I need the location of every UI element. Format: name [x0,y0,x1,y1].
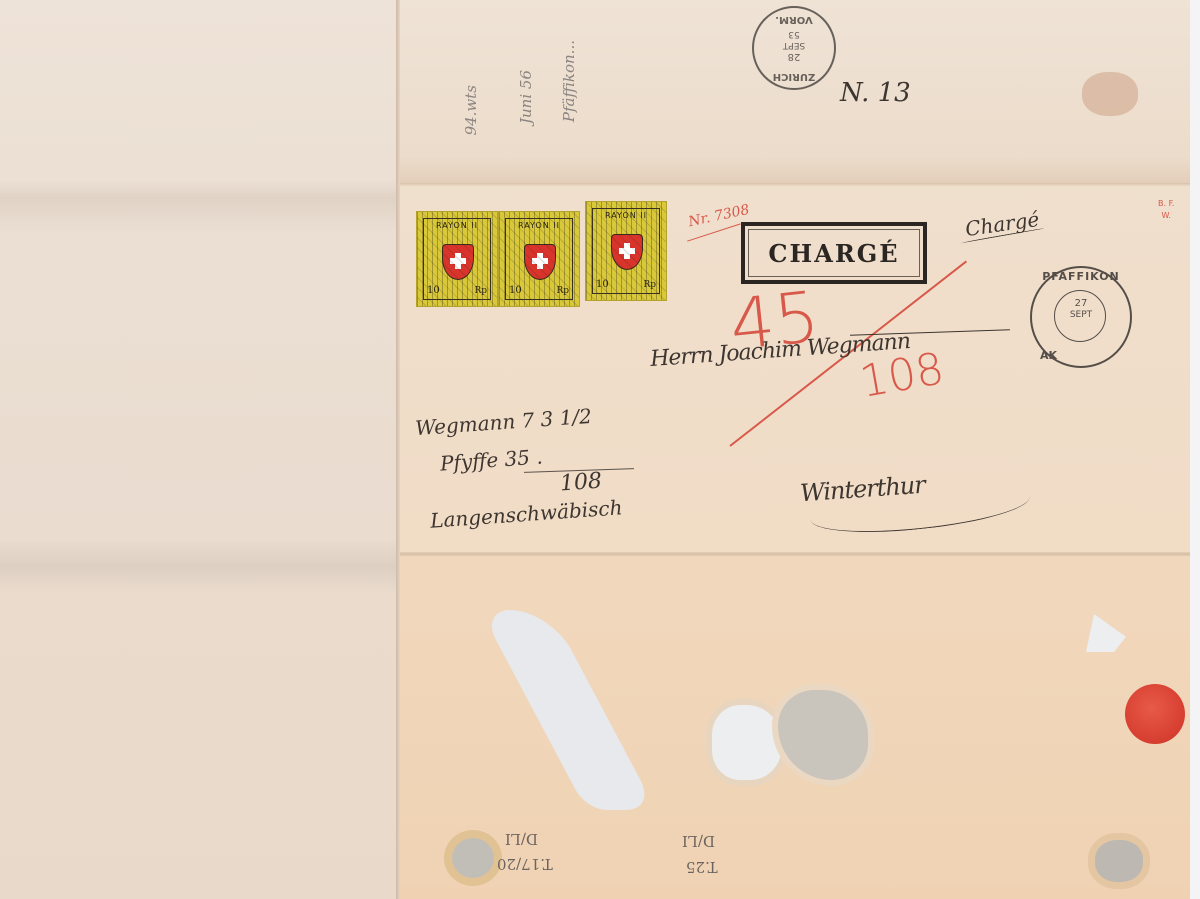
pencil-note: 94.wts [462,85,480,135]
postmark-month: SEPT [1032,310,1130,320]
stamp-rayon-ii: RAYON II 10 Rp [498,211,580,307]
charge-label: CHARGÉ [768,239,899,268]
postmark-day: 27 [1032,298,1130,309]
zurich-postmark: ZURICH 28 SEPT 53 VORM. [752,6,836,90]
stain [452,838,494,878]
stain [1095,840,1143,882]
pfaffikon-postmark: PFÄFFIKON 27 SEPT AK [1030,266,1132,368]
fold-line [400,552,1190,557]
pencil-note: Juni 56 [517,70,535,124]
scan-background-edge [1190,0,1200,899]
postmark-month: SEPT [754,40,834,50]
postmark-town: ZURICH [754,71,834,82]
left-blank-page [0,0,400,899]
fold-line [400,183,1190,187]
pencil-note: Pfäffikon... [560,40,578,122]
postmark-suffix: VORM. [754,14,834,25]
fee-total: 108 [559,469,603,497]
stamp-rayon-ii: RAYON II 10 Rp [416,211,498,307]
red-initials: B. F. W. [1158,198,1174,222]
folio-number: N. 13 [840,78,911,108]
stamp-rayon-ii: RAYON II 10 Rp [585,201,667,301]
postmark-town: PFÄFFIKON [1032,270,1130,283]
postmark-day: 28 [754,51,834,62]
grid-cancel [499,212,579,306]
stain [1082,72,1138,116]
postmark-suffix: AK [1040,349,1057,362]
tear-hole [712,705,782,780]
pencil-note: D/LI [682,832,715,850]
pencil-note: T.25 [686,858,718,876]
postmark-year: 53 [754,29,834,39]
pencil-note: T.17/20 [497,855,553,873]
grid-cancel [417,212,497,306]
grid-cancel [586,202,666,300]
charge-handstamp: CHARGÉ [741,222,927,284]
wax-seal [1125,684,1185,744]
pencil-note: D/LI [505,830,538,848]
